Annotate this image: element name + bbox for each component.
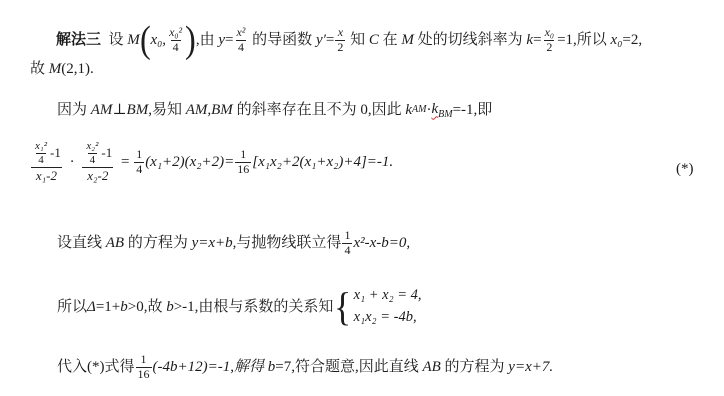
- solution-line-1: 解法三 设 M ( x₀, x₀² 4 ) ,由 y = x² 4 的导函数 y…: [56, 14, 642, 66]
- solution-line-2: 故 M (2,1).: [30, 59, 94, 79]
- fraction-denominator: 2: [335, 40, 345, 55]
- solution-method-label: 解法三: [56, 31, 101, 49]
- fraction: x₁² 4: [33, 140, 49, 166]
- solution-line-5: 设直线 AB 的方程为 y=x+b ,与抛物线联立得 1 4 x²-x-b=0,: [57, 224, 410, 262]
- complex-fraction-denominator: x₁-2: [31, 167, 62, 183]
- fraction-numerator: 1: [342, 229, 352, 243]
- fraction-one-sixteenth: 1 16: [136, 353, 152, 382]
- equals-sign: =: [225, 31, 233, 49]
- text-run: 所以: [57, 298, 87, 316]
- fraction: x² 4: [234, 26, 247, 55]
- equals-sign: =: [117, 153, 133, 171]
- fraction-denominator: 16: [235, 162, 251, 177]
- equals-sign: =: [533, 31, 541, 49]
- text-run: =1,所以: [557, 31, 610, 49]
- document-page: 解法三 设 M ( x₀, x₀² 4 ) ,由 y = x² 4 的导函数 y…: [0, 0, 724, 396]
- text-run: 的斜率存在且不为 0,因此: [233, 101, 406, 119]
- text-run: 的方程为: [441, 358, 509, 376]
- text-run: 的方程为: [124, 234, 192, 252]
- equation-system: x₁ + x₂ = 4, x₁x₂ = -4b,: [354, 285, 422, 329]
- text-run: ,易知: [148, 101, 186, 119]
- text-run: 设: [101, 31, 127, 49]
- fraction-numerator: 1: [134, 148, 144, 162]
- text-run: 故: [30, 60, 49, 78]
- math-variable-AM-BM: AM,BM: [186, 101, 233, 119]
- fraction-one-fourth: 1 4: [134, 148, 144, 177]
- fraction: x 2: [335, 26, 345, 55]
- math-variable-C: C: [369, 31, 379, 49]
- math-run: -1: [101, 146, 112, 160]
- math-variable-y: y: [218, 31, 225, 49]
- math-run: =1+: [96, 298, 120, 316]
- math-variable-y-prime: y′: [316, 31, 326, 49]
- text-run: =2,: [622, 31, 642, 49]
- vieta-product-equation: x₁x₂ = -4b,: [354, 307, 422, 329]
- fraction: x₀ 2: [543, 26, 557, 55]
- fraction-numerator: x: [336, 26, 345, 40]
- slope-k-AM: k: [405, 101, 412, 119]
- text-run: 设直线: [57, 234, 106, 252]
- math-run: y=x+b: [192, 234, 233, 252]
- fraction-denominator: 4: [36, 153, 46, 167]
- vieta-sum-equation: x₁ + x₂ = 4,: [354, 285, 422, 307]
- text-run: ,与抛物线联立得: [233, 234, 342, 252]
- fraction-denominator: 4: [88, 153, 98, 167]
- math-run: (-4b+12)=-1,解得: [153, 358, 268, 376]
- math-variable-b: b: [120, 298, 128, 316]
- complex-fraction-2: x₂² 4 -1 x₂-2: [80, 140, 115, 184]
- math-run: -1: [50, 146, 61, 160]
- fraction: x₂² 4: [84, 140, 100, 166]
- fraction-denominator: 4: [171, 40, 181, 55]
- text-run: 处的切线斜率为: [414, 31, 527, 49]
- fraction-one-sixteenth: 1 16: [235, 148, 251, 177]
- perpendicular-symbol: ⊥: [112, 101, 126, 119]
- math-variable-x0: x₀: [611, 31, 623, 49]
- text-run: >-1,由根与系数的关系知: [174, 298, 334, 316]
- fraction-numerator: x₂²: [84, 140, 100, 153]
- text-run: ,由: [196, 31, 219, 49]
- math-variable-M: M: [49, 60, 62, 78]
- fraction-numerator: 1: [139, 353, 149, 367]
- fraction-denominator: 2: [544, 40, 554, 55]
- big-paren-right: ): [185, 24, 196, 56]
- fraction-numerator: x₁²: [33, 140, 49, 153]
- math-variable-b: b: [166, 298, 174, 316]
- text-run: 的导函数: [248, 31, 316, 49]
- math-variable-k: k: [526, 31, 533, 49]
- math-run: (x₁+2)(x₂+2)=: [145, 153, 234, 171]
- math-variable-AM: AM: [91, 101, 113, 119]
- solution-line-6: 所以 Δ =1+ b >0,故 b >-1,由根与系数的关系知 { x₁ + x…: [57, 281, 422, 333]
- fraction-numerator: 1: [238, 148, 248, 162]
- equation-star-label: (*): [676, 161, 694, 178]
- complex-fraction-numerator: x₁² 4 -1: [29, 140, 64, 167]
- text-run: 因为: [57, 101, 91, 119]
- text-run: =7,符合题意,因此直线: [275, 358, 422, 376]
- math-run: (2,1).: [61, 60, 94, 78]
- equation-line: x₁² 4 -1 x₁-2 · x₂² 4 -1 x₂-2 = 1 4 (x₁+…: [27, 134, 393, 190]
- fraction-denominator: 4: [236, 40, 246, 55]
- math-variable-AB: AB: [106, 234, 124, 252]
- complex-fraction-denominator: x₂-2: [82, 167, 113, 183]
- math-run: x₀,: [150, 31, 166, 49]
- math-run: [x₁x₂+2(x₁+x₂)+4]=-1.: [252, 153, 393, 171]
- big-paren-left: (: [140, 24, 151, 56]
- math-run: y=x+7.: [508, 358, 553, 376]
- math-variable-BM: BM: [127, 101, 149, 119]
- math-variable-delta: Δ: [87, 298, 96, 316]
- fraction-denominator: 4: [134, 162, 144, 177]
- complex-fraction-numerator: x₂² 4 -1: [80, 140, 115, 167]
- fraction-one-fourth: 1 4: [342, 229, 352, 258]
- fraction-denominator: 16: [136, 367, 152, 382]
- solution-line-7: 代入(*)式得 1 16 (-4b+12)=-1,解得 b =7,符合题意,因此…: [57, 346, 553, 388]
- fraction-numerator: x₀: [543, 26, 557, 40]
- subscript-AM: AM: [412, 104, 426, 116]
- fraction-denominator: 4: [342, 243, 352, 258]
- complex-fraction-1: x₁² 4 -1 x₁-2: [29, 140, 64, 184]
- slope-k-BM-spellcheck: kBM: [431, 100, 452, 121]
- math-variable-b: b: [268, 358, 276, 376]
- system-brace: {: [334, 287, 351, 327]
- math-variable-AB: AB: [422, 358, 440, 376]
- subscript-BM: BM: [438, 109, 452, 120]
- equals-sign: =: [326, 31, 334, 49]
- math-run: x²-x-b=0,: [353, 234, 410, 252]
- solution-line-3: 因为 AM ⊥ BM ,易知 AM,BM 的斜率存在且不为 0,因此 kAM ·…: [57, 99, 492, 121]
- fraction-numerator: x₀²: [167, 26, 184, 40]
- text-run: 知: [346, 31, 369, 49]
- text-run: >0,故: [128, 298, 166, 316]
- text-run: 代入(*)式得: [57, 358, 135, 376]
- math-variable-M: M: [127, 31, 140, 49]
- text-run: 在: [379, 31, 402, 49]
- fraction-numerator: x²: [234, 26, 247, 40]
- math-variable-M: M: [401, 31, 414, 49]
- fraction: x₀² 4: [167, 26, 184, 55]
- multiplication-dot: ·: [66, 153, 79, 171]
- text-run: =-1,即: [453, 101, 493, 119]
